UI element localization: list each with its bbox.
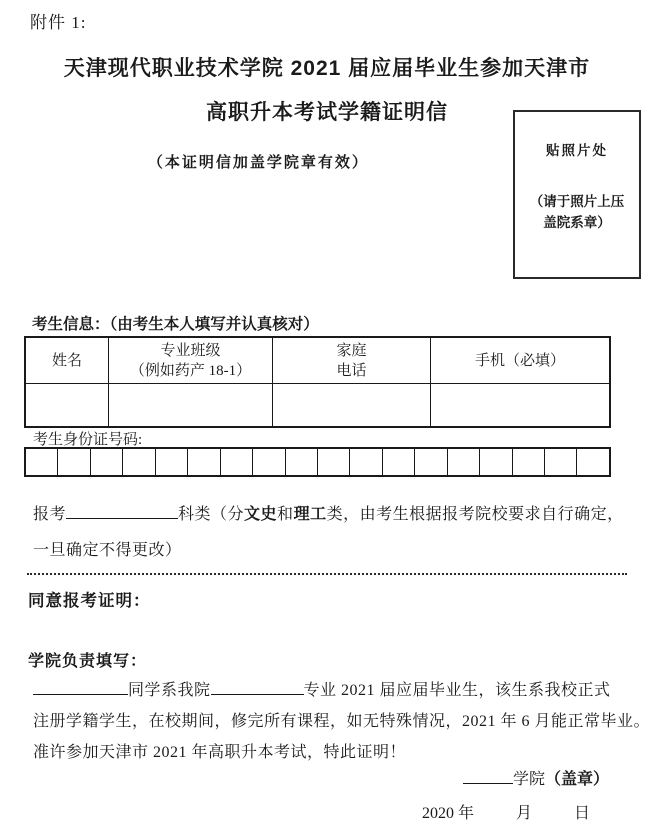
header-major-line1: 专业班级 — [160, 341, 220, 361]
id-digit-cell[interactable] — [350, 449, 382, 475]
date-line: 2020 年月日 — [422, 800, 590, 823]
header-name-line1: 姓名 — [52, 351, 82, 371]
certification-paragraph-line2: 注册学籍学生，在校期间，修完所有课程，如无特殊情况，2021 年 6 月能正常毕… — [33, 708, 650, 731]
date-year: 2020 年 — [422, 805, 474, 822]
table-header-name: 姓名 — [26, 338, 109, 384]
document-subtitle: （本证明信加盖学院章有效） — [0, 151, 517, 172]
id-digit-cell[interactable] — [577, 449, 608, 475]
photo-box-note-line1: （请于照片上压 — [515, 191, 639, 212]
id-number-cells — [24, 447, 611, 477]
id-digit-cell[interactable] — [188, 449, 220, 475]
apply-category-line: 报考科类（分文史和理工类，由考生根据报考院校要求自行确定， — [33, 501, 624, 524]
photo-paste-box: 贴照片处 （请于照片上压 盖院系章） — [513, 110, 641, 279]
college-fill-heading: 学院负责填写： — [28, 648, 147, 671]
document-title-line1: 天津现代职业技术学院 2021 届应届毕业生参加天津市 — [0, 52, 654, 82]
id-digit-cell[interactable] — [26, 449, 58, 475]
id-digit-cell[interactable] — [156, 449, 188, 475]
apply-tail: 类，由考生根据报考院校要求自行确定， — [327, 506, 624, 523]
id-digit-cell[interactable] — [253, 449, 285, 475]
date-day: 日 — [574, 805, 590, 822]
id-digit-cell[interactable] — [545, 449, 577, 475]
major-blank[interactable] — [211, 678, 304, 695]
table-header-mobile: 手机（必填） — [431, 338, 609, 384]
header-major-line2: （例如药产 18-1） — [130, 361, 251, 381]
apply-conjunction: 和 — [277, 506, 294, 523]
id-digit-cell[interactable] — [286, 449, 318, 475]
apply-category-line2: 一旦确定不得更改） — [33, 537, 182, 560]
candidate-info-table: 姓名 专业班级 （例如药产 18-1） 家庭 电话 手机（必填） — [24, 336, 611, 428]
id-digit-cell[interactable] — [123, 449, 155, 475]
id-digit-cell[interactable] — [415, 449, 447, 475]
date-month: 月 — [516, 805, 532, 822]
certificate-document-page: 附件 1: 天津现代职业技术学院 2021 届应届毕业生参加天津市 高职升本考试… — [0, 0, 654, 835]
dotted-divider — [27, 573, 627, 575]
para-seg1: 同学系我院 — [128, 682, 211, 699]
id-digit-cell[interactable] — [318, 449, 350, 475]
id-digit-cell[interactable] — [91, 449, 123, 475]
certification-paragraph-line3: 准许参加天津市 2021 年高职升本考试，特此证明！ — [33, 739, 406, 762]
student-name-blank[interactable] — [33, 678, 128, 695]
consent-heading: 同意报考证明： — [28, 587, 151, 611]
header-phone-line1: 家庭 — [336, 341, 366, 361]
name-input-cell[interactable] — [26, 384, 109, 426]
apply-after-blank: 科类（分 — [178, 506, 244, 523]
college-label: 学院 — [513, 771, 545, 788]
certification-paragraph-line1: 同学系我院专业 2021 届应届毕业生，该生系我校正式 — [33, 677, 611, 700]
seal-label: （盖章） — [545, 771, 609, 788]
id-digit-cell[interactable] — [448, 449, 480, 475]
id-digit-cell[interactable] — [480, 449, 512, 475]
table-header-major-class: 专业班级 （例如药产 18-1） — [109, 338, 273, 384]
apply-prefix: 报考 — [33, 506, 66, 523]
home-phone-input-cell[interactable] — [273, 384, 431, 426]
college-seal-signoff: 学院（盖章） — [463, 766, 609, 789]
photo-box-note-line2: 盖院系章） — [515, 212, 639, 233]
id-digit-cell[interactable] — [513, 449, 545, 475]
major-class-input-cell[interactable] — [109, 384, 273, 426]
header-mobile-line1: 手机（必填） — [475, 351, 565, 371]
category-science: 理工 — [294, 506, 327, 523]
category-blank[interactable] — [66, 502, 178, 519]
table-header-home-phone: 家庭 电话 — [273, 338, 431, 384]
para-seg2: 专业 2021 届应届毕业生，该生系我校正式 — [304, 682, 611, 699]
candidate-info-heading: 考生信息：（由考生本人填写并认真核对） — [32, 312, 319, 334]
id-digit-cell[interactable] — [383, 449, 415, 475]
id-digit-cell[interactable] — [221, 449, 253, 475]
header-phone-line2: 电话 — [336, 361, 366, 381]
college-name-blank[interactable] — [463, 767, 513, 784]
attachment-label: 附件 1: — [30, 8, 86, 33]
category-liberal-arts: 文史 — [244, 506, 277, 523]
id-number-label: 考生身份证号码: — [33, 428, 142, 449]
id-digit-cell[interactable] — [58, 449, 90, 475]
mobile-input-cell[interactable] — [431, 384, 609, 426]
photo-box-label: 贴照片处 — [515, 140, 639, 161]
